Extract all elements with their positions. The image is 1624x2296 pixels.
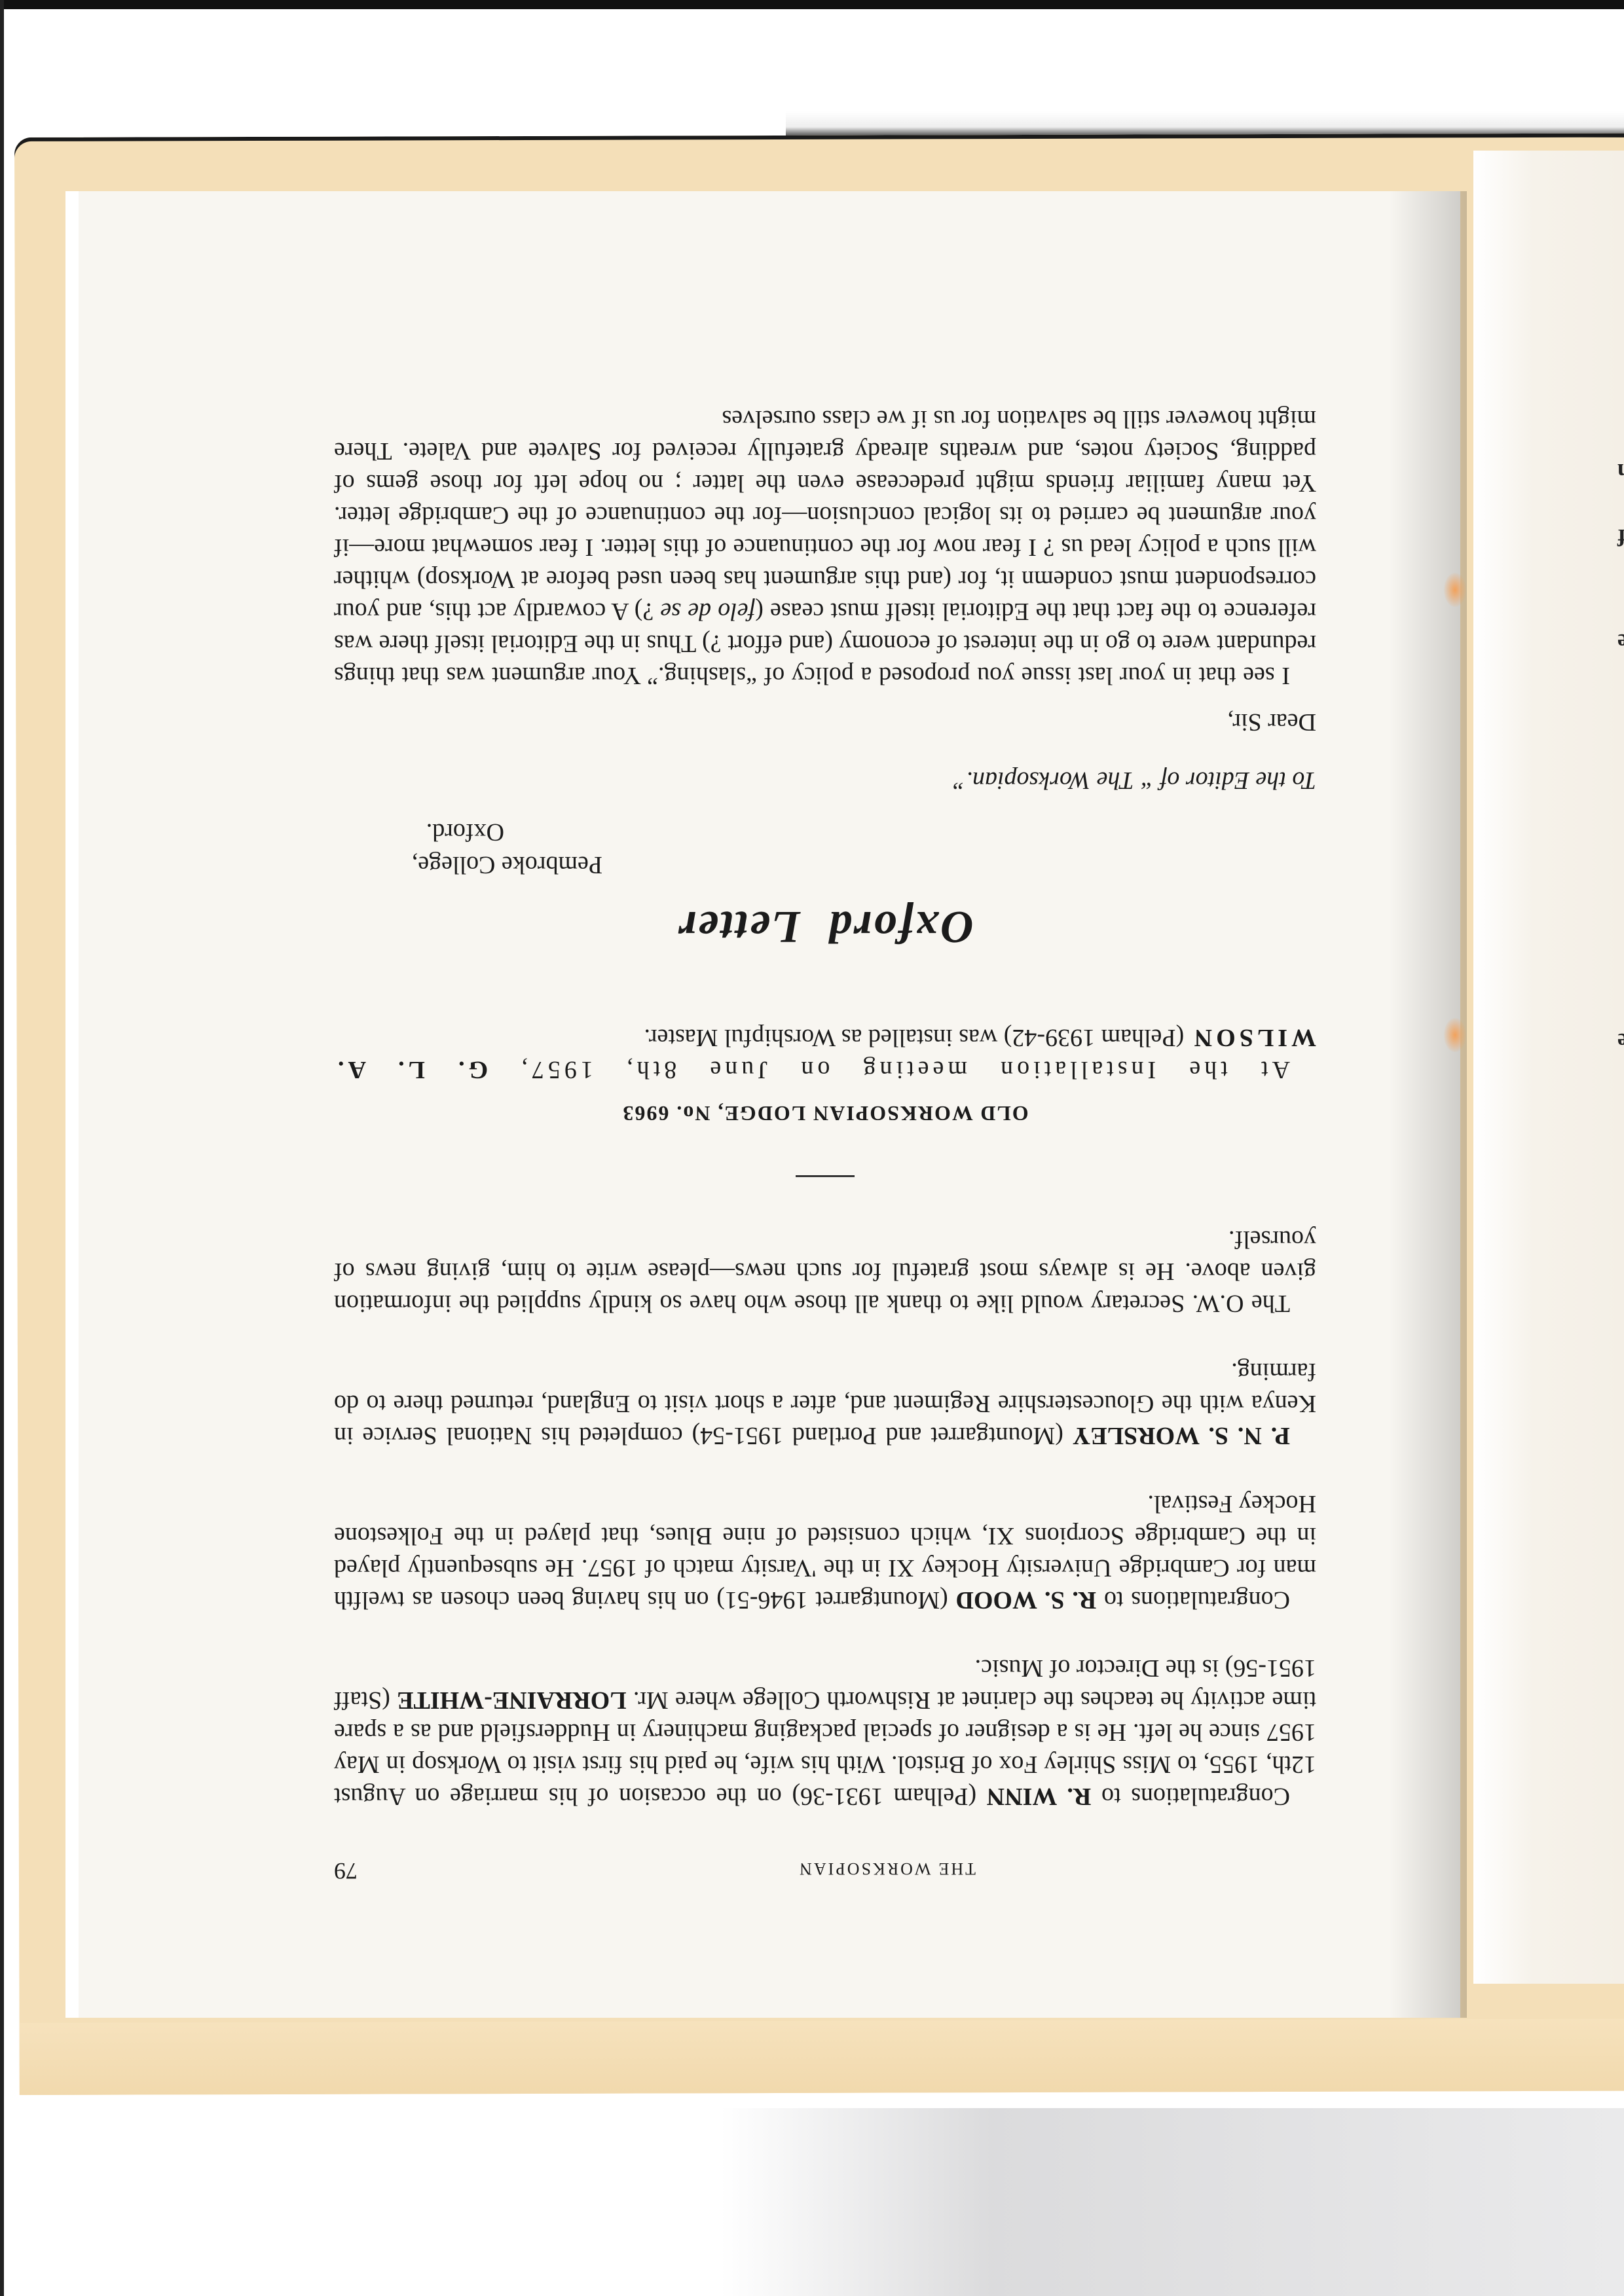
right-page-fragment: e: [1617, 1028, 1624, 1055]
person-name: P. N. S. WORSLEY: [1073, 1422, 1290, 1449]
lodge-paragraph: At the Installation meeting on June 8th,…: [334, 1021, 1316, 1085]
para-text: At the Installation meeting on June 8th,…: [488, 1056, 1290, 1084]
running-head: THE WORKSOPIAN 79: [334, 1853, 1316, 1887]
right-page-partial: [1473, 151, 1624, 1984]
letter-body: I see that in your last issue you propos…: [334, 403, 1316, 691]
para-text: Congratulations to: [1091, 1783, 1290, 1810]
para-text: Congratulations to: [1096, 1586, 1290, 1614]
secretary-note: The O.W. Secretary would like to thank a…: [334, 1223, 1316, 1319]
section-title-oxford-letter: Oxford Letter: [334, 911, 1316, 943]
news-paragraph-wood: Congratulations to R. S. WOOD (Mountgarr…: [334, 1487, 1316, 1616]
printed-page: THE WORKSOPIAN 79 Congratulations to R. …: [65, 191, 1447, 2018]
foxing-stain: [1444, 573, 1466, 607]
address-line: Oxford.: [334, 816, 602, 848]
section-divider: [796, 1175, 855, 1177]
latin-phrase: felo de se: [660, 598, 755, 625]
scanner-edge-top: [0, 0, 1624, 9]
person-name: R. WINN: [987, 1783, 1092, 1810]
news-paragraph-worsley: P. N. S. WORSLEY (Mountgarret and Portla…: [334, 1355, 1316, 1451]
foxing-stain: [1444, 1018, 1466, 1052]
para-text: ?) A cowardly act this, and your corresp…: [334, 405, 1316, 625]
scanner-edge-left: [0, 0, 4, 2296]
lodge-heading: OLD WORKSOPIAN LODGE, No. 6963: [334, 1097, 1316, 1129]
person-name: R. S. WOOD: [955, 1586, 1096, 1614]
para-text: (Pelham 1939-42) was installed as Worshi…: [644, 1024, 1190, 1051]
cover-bottom-edge: [20, 2019, 1624, 2095]
scan-shadow: [720, 2108, 1624, 2296]
right-page-fragment: e: [1617, 629, 1624, 656]
page-number: 79: [334, 1855, 358, 1887]
address-line: Pembroke College,: [334, 848, 602, 881]
para-text: The O.W. Secretary would like to thank a…: [334, 1226, 1316, 1317]
news-paragraph-winn: Congratulations to R. WINN (Pelham 1931-…: [334, 1652, 1316, 1812]
letter-recipient: To the Editor of “ The Worksopian.”: [334, 764, 1316, 796]
text-column: THE WORKSOPIAN 79 Congratulations to R. …: [334, 403, 1316, 1887]
letter-salutation: Dear Sir,: [334, 706, 1316, 738]
letter-address: Pembroke College, Oxford.: [334, 816, 602, 881]
right-page-fragment: f: [1617, 524, 1624, 551]
right-page-fragment: n: [1617, 458, 1624, 486]
person-name: LORRAINE-WHITE: [397, 1686, 627, 1714]
journal-title: THE WORKSOPIAN: [798, 1853, 976, 1885]
